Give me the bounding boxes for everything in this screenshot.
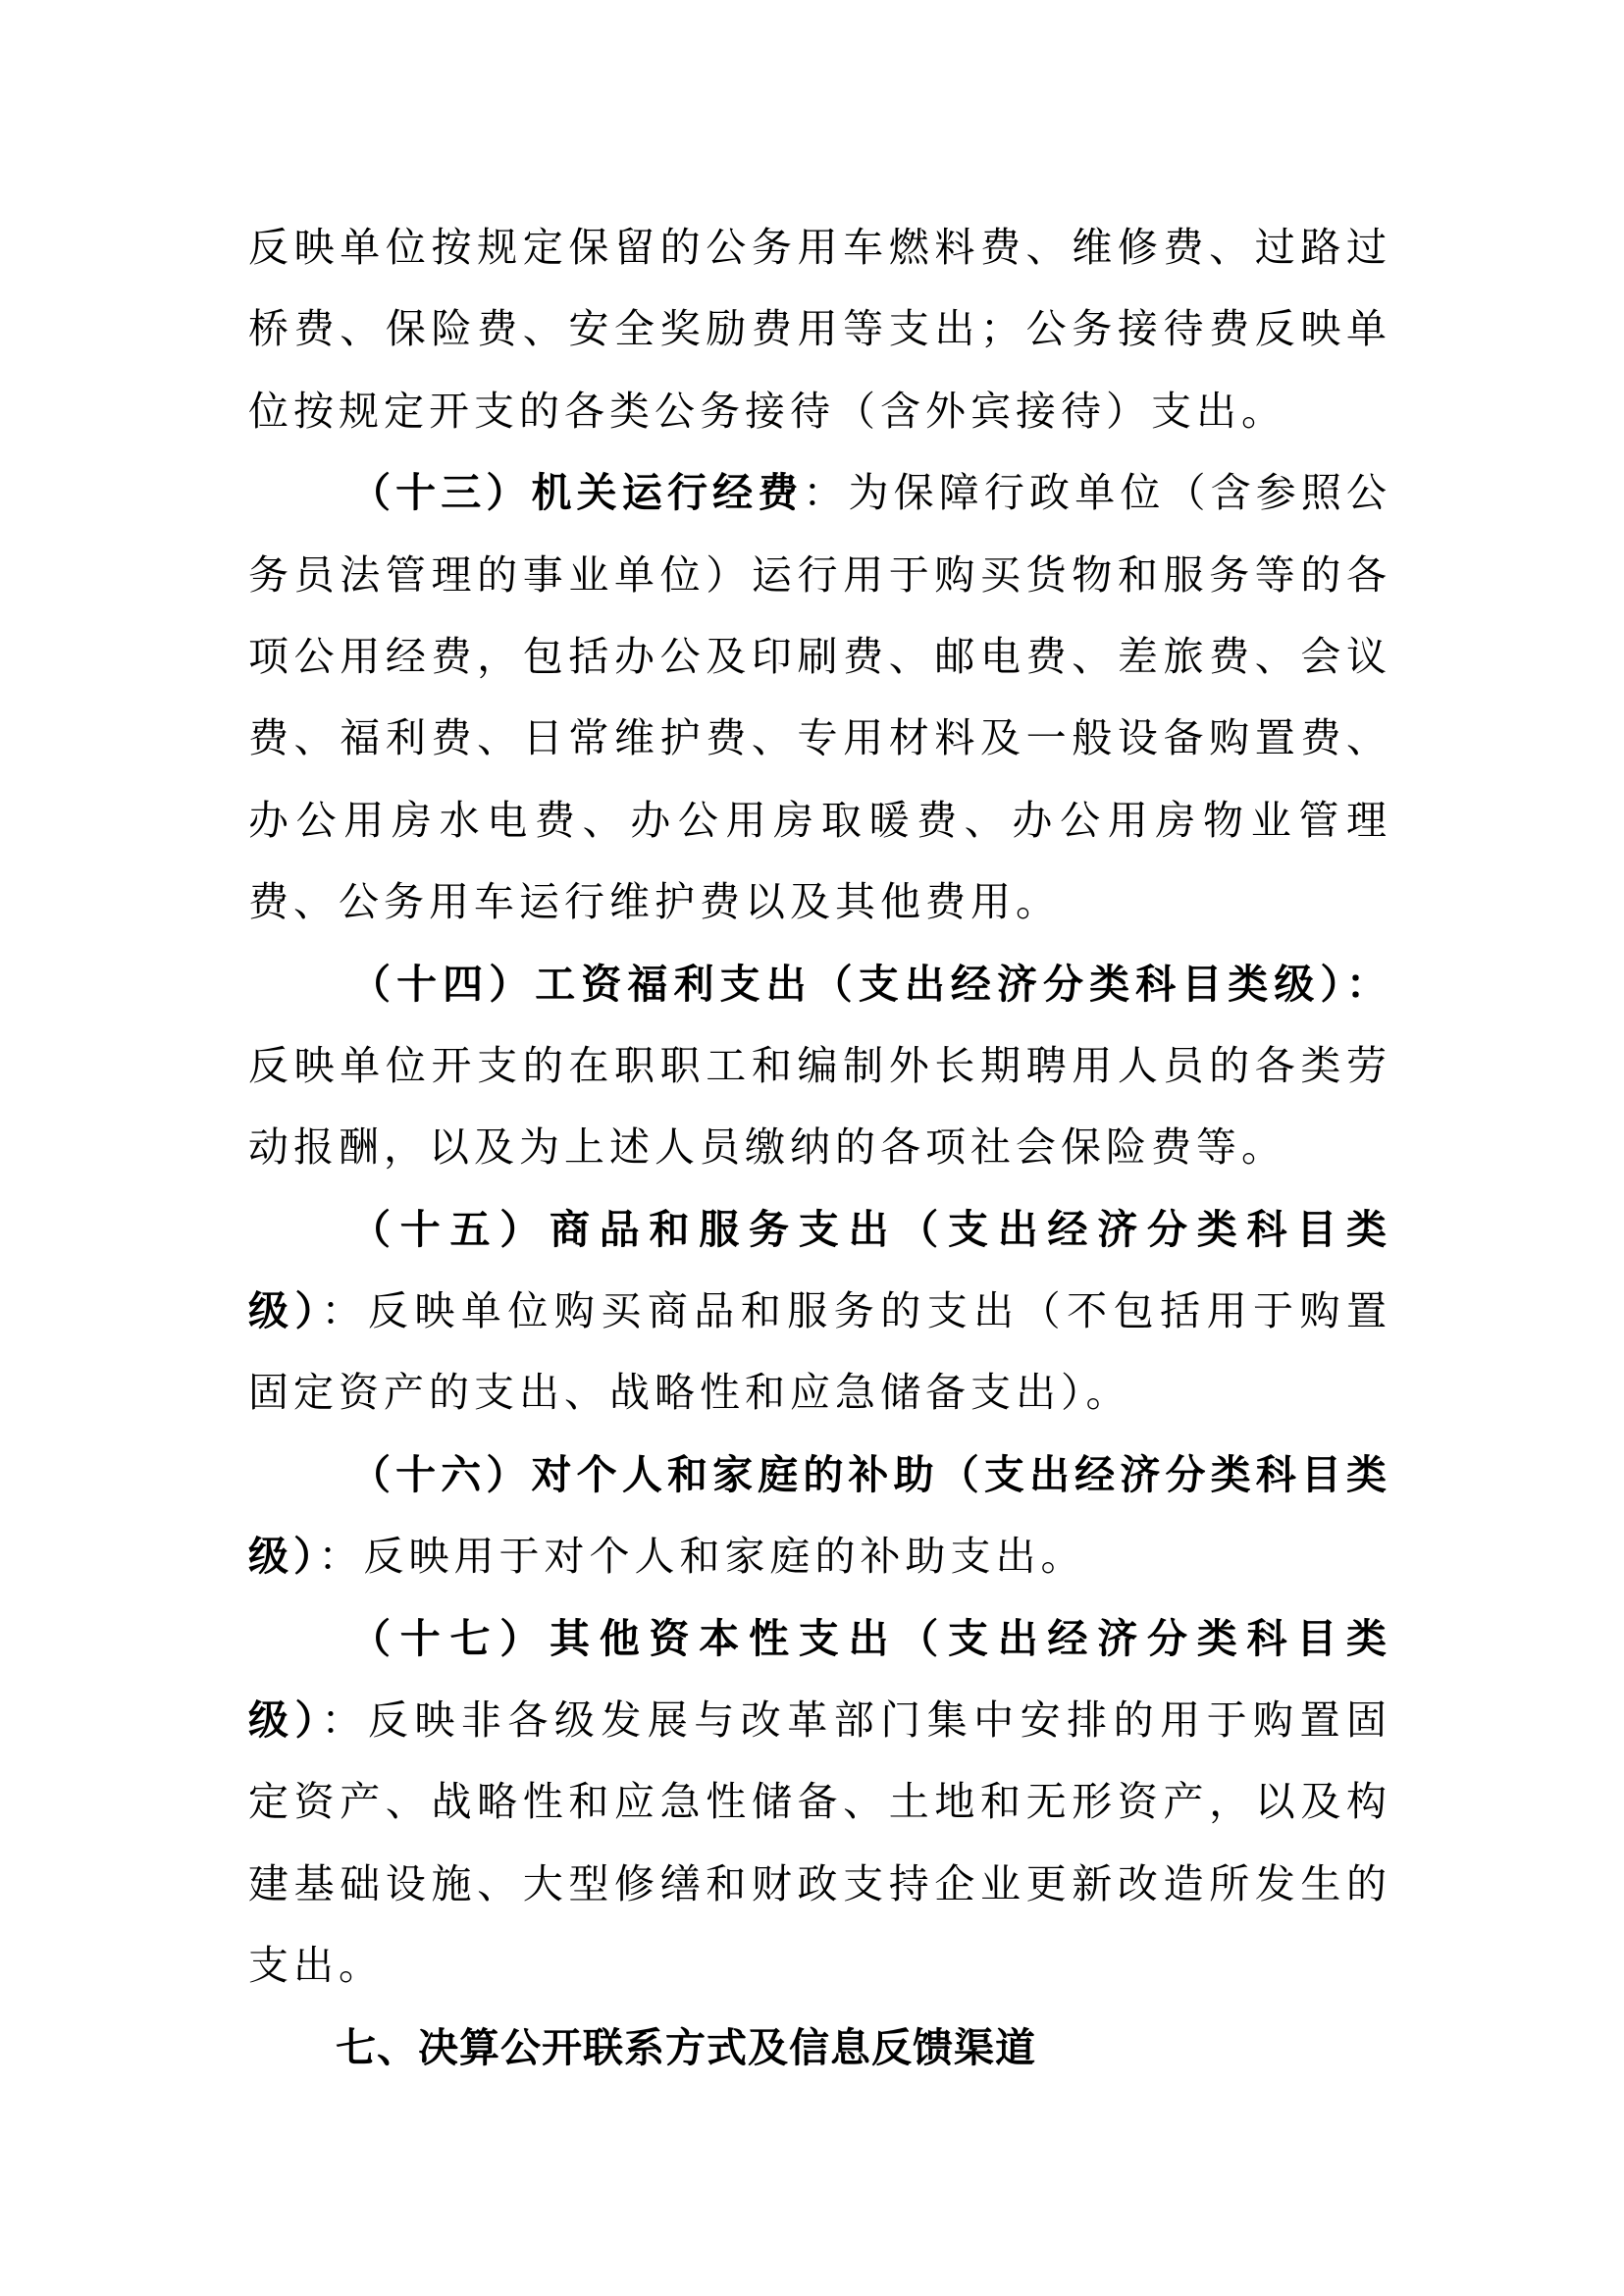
term-13: （十三）机关运行经费 — [350, 469, 803, 516]
text-line: 位按规定开支的各类公务接待（含外宾接待）支出。 — [248, 371, 1387, 452]
paragraph-17-other-capital: （十七）其他资本性支出（支出经济分类科目类 级）：反映非各级发展与改革部门集中安… — [248, 1598, 1387, 2008]
text-line: 建基础设施、大型修缮和财政支持企业更新改造所发生的 — [248, 1844, 1387, 1925]
definition-start: ：反映单位购买商品和服务的支出（不包括用于购置 — [321, 1287, 1387, 1334]
term-colon: ： — [1346, 961, 1387, 1008]
text-line: 动报酬，以及为上述人员缴纳的各项社会保险费等。 — [248, 1107, 1387, 1188]
text-line: 级）：反映非各级发展与改革部门集中安排的用于购置固 — [248, 1680, 1387, 1761]
paragraph-13-operating-expenses: （十三）机关运行经费：为保障行政单位（含参照公 务员法管理的事业单位）运行用于购… — [248, 452, 1387, 943]
text-line: （十七）其他资本性支出（支出经济分类科目类 — [248, 1598, 1387, 1680]
definition-start: ：为保障行政单位（含参照公 — [803, 469, 1387, 516]
term-16-cont: 级） — [248, 1533, 319, 1580]
text-line: （十三）机关运行经费：为保障行政单位（含参照公 — [248, 452, 1387, 534]
text-line: 务员法管理的事业单位）运行用于购买货物和服务等的各 — [248, 535, 1387, 616]
text-line: 桥费、保险费、安全奖励费用等支出；公务接待费反映单 — [248, 288, 1387, 370]
paragraph-14-wages-benefits: （十四）工资福利支出（支出经济分类科目类级）： 反映单位开支的在职职工和编制外长… — [248, 944, 1387, 1189]
definition-start: ：反映非各级发展与改革部门集中安排的用于购置固 — [321, 1696, 1387, 1744]
text-line: 办公用房水电费、办公用房取暖费、办公用房物业管理 — [248, 780, 1387, 861]
text-line: 费、福利费、日常维护费、专用材料及一般设备购置费、 — [248, 698, 1387, 779]
text-line: 支出。 — [248, 1925, 1387, 2007]
paragraph-15-goods-services: （十五）商品和服务支出（支出经济分类科目类 级）：反映单位购买商品和服务的支出（… — [248, 1189, 1387, 1435]
text-line: （十五）商品和服务支出（支出经济分类科目类 — [248, 1189, 1387, 1271]
section-heading: 七、决算公开联系方式及信息反馈渠道 — [248, 2008, 1387, 2089]
text-line: 固定资产的支出、战略性和应急储备支出）。 — [248, 1352, 1387, 1434]
definition-start: ：反映用于对个人和家庭的补助支出。 — [319, 1533, 1086, 1580]
text-line: 反映单位按规定保留的公务用车燃料费、维修费、过路过 — [248, 207, 1387, 288]
term-14: （十四）工资福利支出（支出经济分类科目类级） — [350, 961, 1346, 1008]
text-line: 定资产、战略性和应急性储备、土地和无形资产，以及构 — [248, 1761, 1387, 1843]
document-page: 反映单位按规定保留的公务用车燃料费、维修费、过路过 桥费、保险费、安全奖励费用等… — [248, 207, 1387, 2089]
paragraph-vehicle-reception-cont: 反映单位按规定保留的公务用车燃料费、维修费、过路过 桥费、保险费、安全奖励费用等… — [248, 207, 1387, 452]
text-line: 级）：反映用于对个人和家庭的补助支出。 — [248, 1516, 1387, 1597]
paragraph-16-household-subsidies: （十六）对个人和家庭的补助（支出经济分类科目类 级）：反映用于对个人和家庭的补助… — [248, 1435, 1387, 1598]
text-line: （十六）对个人和家庭的补助（支出经济分类科目类 — [248, 1435, 1387, 1516]
text-line: 费、公务用车运行维护费以及其他费用。 — [248, 861, 1387, 943]
term-17-cont: 级） — [248, 1696, 321, 1744]
text-line: （十四）工资福利支出（支出经济分类科目类级）： — [248, 944, 1387, 1025]
text-line: 项公用经费，包括办公及印刷费、邮电费、差旅费、会议 — [248, 616, 1387, 698]
term-15: （十五）商品和服务支出（支出经济分类科目类 — [350, 1206, 1387, 1253]
text-line: 级）：反映单位购买商品和服务的支出（不包括用于购置 — [248, 1271, 1387, 1352]
term-15-cont: 级） — [248, 1287, 321, 1334]
term-17: （十七）其他资本性支出（支出经济分类科目类 — [350, 1615, 1387, 1662]
term-16: （十六）对个人和家庭的补助（支出经济分类科目类 — [350, 1451, 1387, 1498]
text-line: 反映单位开支的在职职工和编制外长期聘用人员的各类劳 — [248, 1025, 1387, 1107]
